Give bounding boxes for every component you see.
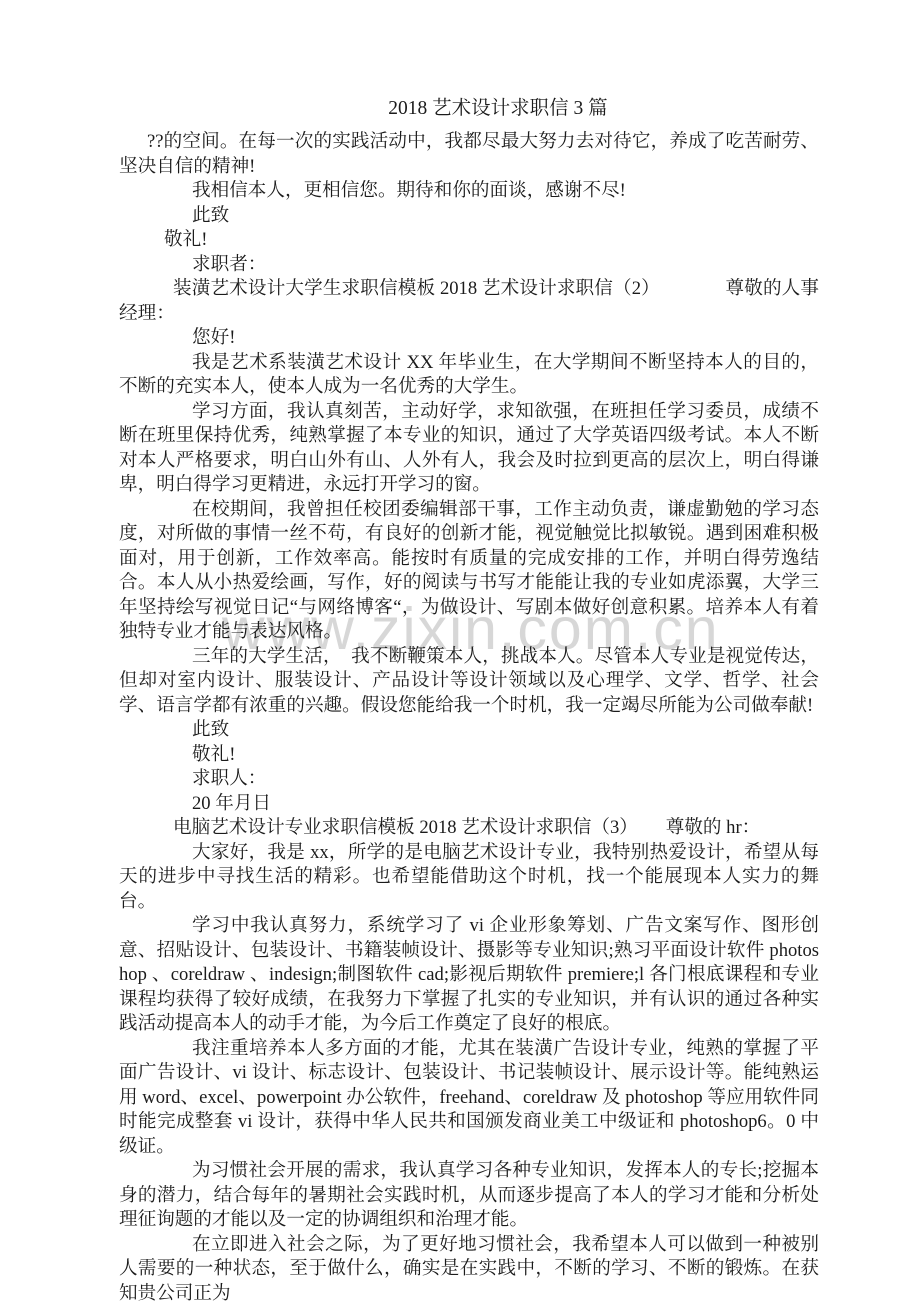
paragraph: 在立即进入社会之际，为了更好地习惯社会，我希望本人可以做到一种被别人需要的一种状… <box>119 1233 819 1302</box>
document-title: 2018 艺术设计求职信 3 篇 <box>119 95 819 122</box>
paragraph: 为习惯社会开展的需求，我认真学习各种专业知识，发挥本人的专长;挖掘本身的潜力，结… <box>119 1159 819 1233</box>
paragraph: 装潢艺术设计大学生求职信模板 2018 艺术设计求职信（2） 尊敬的人事经理： <box>119 277 819 326</box>
paragraph: 三年的大学生活， 我不断鞭策本人，挑战本人。尽管本人专业是视觉传达，但却对室内设… <box>119 645 819 719</box>
paragraph: 20 年月日 <box>119 792 819 817</box>
paragraph: 我注重培养本人多方面的才能，尤其在装潢广告设计专业，纯熟的掌握了平面广告设计、v… <box>119 1037 819 1160</box>
paragraph: ??的空间。在每一次的实践活动中，我都尽最大努力去对待它，养成了吃苦耐劳、坚决自… <box>119 130 819 179</box>
paragraph: 我是艺术系装潢艺术设计 XX 年毕业生，在大学期间不断坚持本人的目的，不断的充实… <box>119 351 819 400</box>
paragraph: 此致 <box>119 204 819 229</box>
paragraph: 学习中我认真努力，系统学习了 vi 企业形象筹划、广告文案写作、图形创意、招贴设… <box>119 914 819 1037</box>
paragraph: 我相信本人，更相信您。期待和你的面谈，感谢不尽! <box>119 179 819 204</box>
document-page: www.zixin.com.cn 2018 艺术设计求职信 3 篇 ??的空间。… <box>0 0 920 1302</box>
paragraph: 学习方面，我认真刻苦，主动好学，求知欲强，在班担任学习委员，成绩不断在班里保持优… <box>119 400 819 498</box>
paragraph: 您好! <box>119 326 819 351</box>
document-content: 2018 艺术设计求职信 3 篇 ??的空间。在每一次的实践活动中，我都尽最大努… <box>119 95 819 1302</box>
paragraph: 求职者： <box>119 253 819 278</box>
paragraph: 求职人： <box>119 767 819 792</box>
paragraph: 敬礼! <box>119 228 819 253</box>
paragraph: 此致 <box>119 718 819 743</box>
paragraph: 敬礼! <box>119 743 819 768</box>
paragraph: 大家好，我是 xx，所学的是电脑艺术设计专业，我特别热爱设计，希望从每天的进步中… <box>119 841 819 915</box>
paragraph: 在校期间，我曾担任校团委编辑部干事，工作主动负责，谦虚勤勉的学习态度，对所做的事… <box>119 498 819 645</box>
paragraph: 电脑艺术设计专业求职信模板 2018 艺术设计求职信（3） 尊敬的 hr： <box>119 816 819 841</box>
document-body: ??的空间。在每一次的实践活动中，我都尽最大努力去对待它，养成了吃苦耐劳、坚决自… <box>119 130 819 1302</box>
